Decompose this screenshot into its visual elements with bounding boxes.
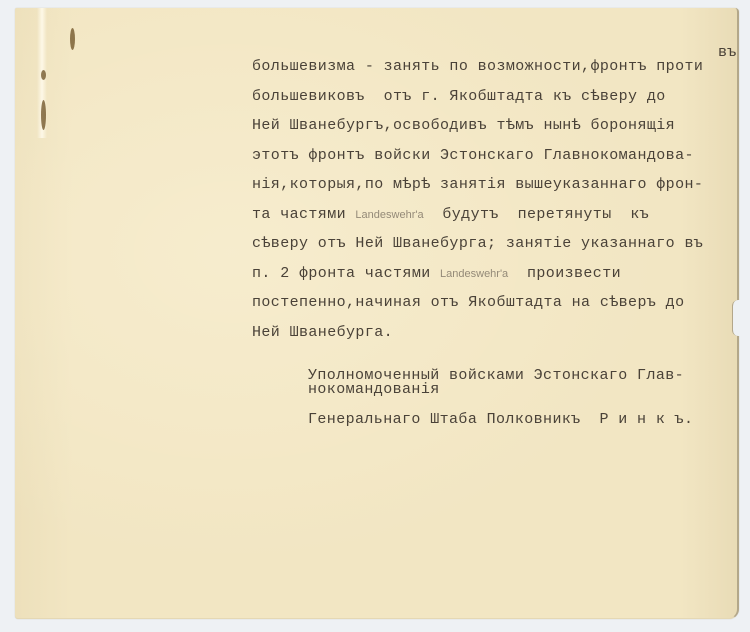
rust-stain — [41, 100, 46, 130]
body-text-line: постепенно,начиная отъ Якобштадта на сѣв… — [252, 294, 684, 312]
body-text-line: Ней Шванебургъ,освободивъ тѣмъ нынѣ боро… — [252, 117, 675, 135]
text-segment: п. 2 фронта частями — [252, 265, 440, 282]
body-text-line: Ней Шванебурга. — [252, 324, 393, 342]
text-segment: Ней Шванебурга. — [252, 324, 393, 341]
signature-line-3: Генеральнаго Штаба Полковникъ Р и н к ъ. — [308, 411, 693, 429]
text-segment: будутъ перетянуты къ — [424, 206, 650, 223]
rust-stain — [41, 70, 46, 80]
latin-term: Landeswehr'a — [440, 268, 508, 280]
body-text-line: большевиковъ отъ г. Якобштадта къ сѣверу… — [252, 88, 666, 106]
body-text-line: сѣверу отъ Ней Шванебурга; занятіе указа… — [252, 235, 703, 253]
body-text-line: этотъ фронтъ войски Эстонскаго Главноком… — [252, 147, 694, 165]
body-text-line: нія,которыя,по мѣрѣ занятія вышеуказанна… — [252, 176, 703, 194]
torn-edge — [732, 300, 741, 336]
text-segment: произвести — [508, 265, 621, 282]
text-segment: сѣверу отъ Ней Шванебурга; занятіе указа… — [252, 235, 703, 252]
latin-term: Landeswehr'a — [355, 209, 423, 221]
body-text-line: большевизма - занять по возможности,фрон… — [252, 58, 703, 76]
text-segment: этотъ фронтъ войски Эстонскаго Главноком… — [252, 147, 694, 164]
text-segment: большевизма - занять по возможности,фрон… — [252, 58, 703, 75]
text-segment: большевиковъ отъ г. Якобштадта къ сѣверу… — [252, 88, 666, 105]
rust-stain — [70, 28, 75, 50]
text-segment: Ней Шванебургъ,освободивъ тѣмъ нынѣ боро… — [252, 117, 675, 134]
text-segment: та частями — [252, 206, 355, 223]
text-segment: постепенно,начиная отъ Якобштадта на сѣв… — [252, 294, 684, 311]
corner-text-fragment: въ — [718, 44, 737, 62]
body-text-line: п. 2 фронта частями Landeswehr'a произве… — [252, 265, 621, 283]
text-segment: нія,которыя,по мѣрѣ занятія вышеуказанна… — [252, 176, 703, 193]
body-text-line: та частями Landeswehr'a будутъ перетянут… — [252, 206, 649, 224]
signature-line-2: нокомандованія — [308, 381, 440, 399]
